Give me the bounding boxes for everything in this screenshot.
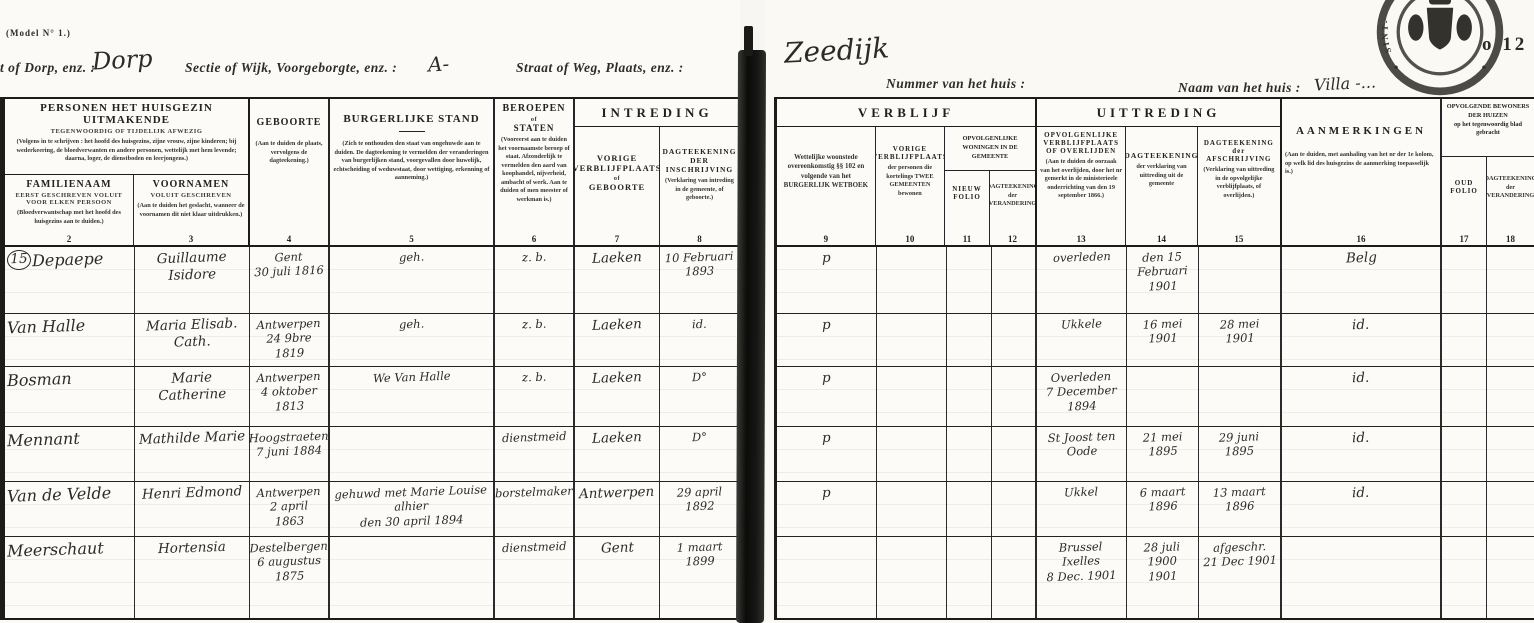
familienaam-title: FAMILIENAAM bbox=[26, 179, 111, 190]
beroepen-of: of bbox=[531, 116, 537, 123]
cell-voornamen: Marie Catherine bbox=[135, 367, 250, 426]
table-row-right: p overleden den 15 Februari 1901 Belg bbox=[777, 247, 1534, 314]
col-verandering-header: DAGTEEKENING der VERANDERING 12 bbox=[990, 171, 1035, 245]
col-number: 17 bbox=[1442, 234, 1486, 244]
cell-uittreding-plaats: Ukkel bbox=[1037, 482, 1127, 536]
cell-verandering2 bbox=[1487, 367, 1534, 426]
cell-nieuw-folio bbox=[947, 367, 992, 426]
cell-geboorte: Antwerpen 2 april 1863 bbox=[250, 482, 330, 536]
inschrijving-datum-value: D° bbox=[692, 430, 707, 445]
cell-inschrijving-datum: D° bbox=[660, 427, 739, 481]
familienaam-value: Van Halle bbox=[7, 316, 86, 339]
familienaam-value: Van de Velde bbox=[7, 483, 112, 507]
burgerlijke-stand-value: gehuwd met Marie Louise alhier den 30 ap… bbox=[335, 482, 489, 530]
intreding-title: INTREDING bbox=[575, 99, 739, 127]
cell-verandering bbox=[992, 367, 1037, 426]
cell-familienaam: Van Halle bbox=[5, 314, 135, 366]
aanmerkingen-value: id. bbox=[1352, 317, 1370, 334]
cell-inschrijving-datum: 1 maart 1899 bbox=[660, 537, 739, 618]
cell-vorige-verblijf bbox=[877, 247, 947, 313]
cell-nieuw-folio bbox=[947, 427, 992, 481]
burgerlijke-stand-title: BURGERLIJKE STAND bbox=[343, 113, 479, 125]
geboorte-value: Antwerpen 2 april 1863 bbox=[256, 484, 322, 529]
cell-geboorte: Gent 30 juli 1816 bbox=[250, 247, 330, 313]
cell-oud-folio bbox=[1442, 247, 1487, 313]
cell-woonstede: p bbox=[777, 427, 877, 481]
uittreding-verklaring-value: 16 mei 1901 bbox=[1142, 316, 1183, 346]
vorige-title: VORIGE VERBLIJFPLAATS bbox=[575, 153, 660, 173]
cell-uittreding-plaats: St Joost ten Oode bbox=[1037, 427, 1127, 481]
beroep-value: dienstmeid bbox=[502, 539, 567, 556]
nieuw-folio-title: NIEUW FOLIO bbox=[948, 185, 986, 201]
cell-oud-folio bbox=[1442, 314, 1487, 366]
voornamen-value: Marie Catherine bbox=[136, 368, 247, 406]
left-table-body: 15 Depaepe Guillaume Isidore Gent 30 jul… bbox=[5, 247, 740, 618]
cell-uittreding-verklaring: 28 juli 1900 1901 bbox=[1127, 537, 1199, 618]
cell-inschrijving-datum: id. bbox=[660, 314, 739, 366]
uittreding-afschrijving-value: afgeschr. 21 Dec 1901 bbox=[1202, 539, 1277, 570]
cell-vorige-verblijfplaats: Laeken bbox=[575, 367, 660, 426]
cell-vorige-verblijf bbox=[877, 427, 947, 481]
aanmerkingen-value: Belg bbox=[1345, 249, 1376, 267]
cell-uittreding-plaats: overleden bbox=[1037, 247, 1127, 313]
cell-uittreding-plaats: Brussel Ixelles 8 Dec. 1901 bbox=[1037, 537, 1127, 618]
col-verandering2-header: DAGTEEKENING der VERANDERING 18 bbox=[1487, 157, 1534, 245]
col-opvolgende-verblijfplaats-header: OPVOLGENLIJKE VERBLIJFPLAATS OF OVERLIJD… bbox=[1037, 127, 1126, 245]
col-voornamen-header: VOORNAMEN VOLUIT GESCHREVEN (Aan te duid… bbox=[134, 175, 248, 245]
familienaam-note: (Bloedverwantschap met het hoofd des hui… bbox=[8, 209, 130, 226]
cell-uittreding-afschrijving bbox=[1199, 367, 1282, 426]
group-opvolgende-bewoners: OPVOLGENDE BEWONERS DER HUIZEN op het te… bbox=[1442, 99, 1534, 245]
right-table: VERBLIJF Wettelijke woonstede overeenkom… bbox=[774, 97, 1534, 620]
uittreding-title: UITTREDING bbox=[1037, 99, 1280, 127]
inschrijving-datum-value: 10 Februari 1893 bbox=[665, 249, 735, 280]
col-number: 7 bbox=[575, 234, 659, 244]
cell-vorige-verblijf bbox=[877, 482, 947, 536]
aanmerkingen-value: id. bbox=[1352, 430, 1370, 447]
table-row-right: p Overleden 7 December 1894 id. bbox=[777, 367, 1534, 427]
cell-uittreding-verklaring bbox=[1127, 367, 1199, 426]
left-table: PERSONEN HET HUISGEZIN UITMAKENDE TEGENW… bbox=[0, 97, 742, 620]
cell-woonstede: p bbox=[777, 247, 877, 313]
uittreding-verklaring-value: 21 mei 1895 bbox=[1142, 429, 1183, 459]
table-row-right: Brussel Ixelles 8 Dec. 1901 28 juli 1900… bbox=[777, 537, 1534, 618]
col-number: 5 bbox=[330, 234, 493, 244]
aanmerkingen-note: (Aan te duiden, met aanhaling van het nr… bbox=[1285, 151, 1437, 177]
cell-aanmerkingen: id. bbox=[1282, 427, 1442, 481]
cell-voornamen: Guillaume Isidore bbox=[135, 247, 250, 313]
cell-uittreding-verklaring: 16 mei 1901 bbox=[1127, 314, 1199, 366]
col-inschrijving-header: DAGTEEKENING DER INSCHRIJVING (Verklarin… bbox=[660, 127, 739, 245]
cell-burgerlijke-stand: We Van Halle bbox=[330, 367, 495, 426]
col-geboorte-header: GEBOORTE (Aan te duiden de plaats, vervo… bbox=[250, 99, 330, 245]
vorige-of: of bbox=[614, 175, 620, 182]
uittreding-afschrijving-value: 13 maart 1896 bbox=[1212, 484, 1266, 515]
cell-verandering2 bbox=[1487, 314, 1534, 366]
beroepen-title: BEROEPEN bbox=[502, 103, 565, 114]
cell-inschrijving-datum: 29 april 1892 bbox=[660, 482, 739, 536]
verandering-title: DAGTEEKENING der VERANDERING bbox=[990, 183, 1035, 209]
cell-nieuw-folio bbox=[947, 247, 992, 313]
geboorte-value: Destelbergen 6 augustus 1875 bbox=[250, 539, 329, 585]
table-row-right: p St Joost ten Oode 21 mei 1895 29 juni … bbox=[777, 427, 1534, 482]
cell-nieuw-folio bbox=[947, 314, 992, 366]
table-row-left: Van Halle Maria Elisab. Cath. Antwerpen … bbox=[5, 314, 740, 367]
uittreding-plaats-value: Ukkele bbox=[1061, 316, 1102, 332]
cell-familienaam: Bosman bbox=[5, 367, 135, 426]
cell-beroep: z. b. bbox=[495, 314, 575, 366]
oud-folio-title: OUD FOLIO bbox=[1445, 179, 1483, 195]
cell-uittreding-afschrijving: 28 mei 1901 bbox=[1199, 314, 1282, 366]
cell-geboorte: Destelbergen 6 augustus 1875 bbox=[250, 537, 330, 618]
col-number: 4 bbox=[250, 234, 328, 244]
col-number: 8 bbox=[660, 234, 739, 244]
opv-verblijfplaats-title: OPVOLGENLIJKE VERBLIJFPLAATS OF OVERLIJD… bbox=[1040, 131, 1122, 155]
afschrijving-note: (Verklaring van uittreding in de opvolge… bbox=[1201, 166, 1277, 200]
dorp-label: t of Dorp, enz. : bbox=[0, 60, 96, 76]
woonstede-mark: p bbox=[822, 370, 831, 387]
cell-familienaam: Van de Velde bbox=[5, 482, 135, 536]
cell-geboorte: Antwerpen 4 oktober 1813 bbox=[250, 367, 330, 426]
woonstede-mark: p bbox=[822, 317, 831, 334]
cell-oud-folio bbox=[1442, 427, 1487, 481]
col-number: 12 bbox=[990, 234, 1035, 244]
right-table-header: VERBLIJF Wettelijke woonstede overeenkom… bbox=[777, 99, 1534, 247]
col-number: 6 bbox=[495, 234, 573, 244]
cell-verandering2 bbox=[1487, 247, 1534, 313]
geboorte-value: Hoogstraeten 7 juni 1884 bbox=[250, 429, 329, 461]
straat-label: Straat of Weg, Plaats, enz. : bbox=[516, 60, 684, 76]
cell-beroep: z. b. bbox=[495, 247, 575, 313]
col-number: 2 bbox=[5, 234, 133, 244]
right-table-body: p overleden den 15 Februari 1901 Belg p … bbox=[777, 247, 1534, 618]
cell-vorige-verblijfplaats: Gent bbox=[575, 537, 660, 618]
cell-inschrijving-datum: D° bbox=[660, 367, 739, 426]
cell-verandering2 bbox=[1487, 427, 1534, 481]
uittreding-plaats-value: St Joost ten Oode bbox=[1047, 429, 1116, 460]
nummer-label: Nummer van het huis : bbox=[886, 76, 1026, 92]
group-personen: PERSONEN HET HUISGEZIN UITMAKENDE TEGENW… bbox=[5, 99, 250, 245]
col-number: 3 bbox=[134, 234, 248, 244]
voornamen-value: Henri Edmond bbox=[142, 483, 243, 503]
cell-uittreding-afschrijving bbox=[1199, 247, 1282, 313]
cell-familienaam: 15 Depaepe bbox=[5, 247, 135, 313]
household-number: 15 bbox=[7, 250, 32, 271]
cell-familienaam: Meerschaut bbox=[5, 537, 135, 618]
cell-burgerlijke-stand: geh. bbox=[330, 314, 495, 366]
vorige-verblijfplaats-value: Antwerpen bbox=[579, 484, 655, 503]
inschrijving-datum-value: id. bbox=[692, 317, 707, 332]
familienaam-value: Meerschaut bbox=[7, 538, 104, 561]
voornamen-value: Hortensia bbox=[158, 539, 226, 558]
sectie-value: A- bbox=[427, 51, 449, 76]
woonstede-mark: p bbox=[822, 430, 831, 447]
inschrijving-datum-value: D° bbox=[692, 370, 707, 385]
col-number: 14 bbox=[1126, 234, 1196, 244]
aanmerkingen-value: id. bbox=[1352, 370, 1370, 387]
register-scan: (Model N° 1.) t of Dorp, enz. : Dorp Sec… bbox=[0, 0, 1534, 623]
col-number: 18 bbox=[1487, 234, 1534, 244]
straat-value: Zeedijk bbox=[783, 31, 890, 69]
cell-oud-folio bbox=[1442, 537, 1487, 618]
familienaam-value: Mennant bbox=[7, 429, 80, 452]
beroep-value: dienstmeid bbox=[502, 429, 567, 446]
voornamen-value: Maria Elisab. Cath. bbox=[136, 315, 247, 353]
uittreding-verklaring-value: 6 maart 1896 bbox=[1139, 484, 1186, 514]
col-oud-folio-header: OUD FOLIO 17 bbox=[1442, 157, 1487, 245]
col-beroepen-header: BEROEPEN of STATEN (Vooreerst aan te dui… bbox=[495, 99, 575, 245]
col-verklaring-uittreding-header: DAGTEEKENING der verklaring van uittredi… bbox=[1126, 127, 1197, 245]
beroep-value: borstelmaker bbox=[495, 484, 573, 501]
voornamen-value: Guillaume Isidore bbox=[136, 248, 247, 286]
cell-aanmerkingen bbox=[1282, 537, 1442, 618]
cell-voornamen: Hortensia bbox=[135, 537, 250, 618]
vorige-verblijf-title: VORIGE VERBLIJFPLAATS bbox=[876, 145, 945, 161]
cell-woonstede bbox=[777, 537, 877, 618]
uittreding-plaats-value: Brussel Ixelles 8 Dec. 1901 bbox=[1046, 539, 1117, 585]
beroep-value: z. b. bbox=[522, 317, 547, 332]
cell-voornamen: Henri Edmond bbox=[135, 482, 250, 536]
familienaam-value: Depaepe bbox=[32, 249, 104, 271]
group-intreding: INTREDING VORIGE VERBLIJFPLAATS of GEBOO… bbox=[575, 99, 739, 245]
cell-beroep: dienstmeid bbox=[495, 427, 575, 481]
col-number: 16 bbox=[1282, 234, 1440, 244]
cell-vorige-verblijfplaats: Laeken bbox=[575, 314, 660, 366]
cell-vorige-verblijfplaats: Laeken bbox=[575, 427, 660, 481]
bewoners-note: op het tegenwoordig blad gebracht bbox=[1444, 121, 1532, 139]
voornamen-title: VOORNAMEN bbox=[153, 179, 230, 190]
beroepen-title2: STATEN bbox=[514, 123, 555, 133]
cell-vorige-verblijfplaats: Antwerpen bbox=[575, 482, 660, 536]
cell-verandering bbox=[992, 247, 1037, 313]
book-binding-mark bbox=[744, 26, 753, 56]
cell-oud-folio bbox=[1442, 482, 1487, 536]
cell-vorige-verblijf bbox=[877, 537, 947, 618]
cell-verandering bbox=[992, 427, 1037, 481]
afschrijving-title: DAGTEEKENING der AFSCHRIJVING bbox=[1201, 139, 1277, 163]
verklaring-title: DAGTEEKENING bbox=[1126, 151, 1197, 160]
beroepen-note: (Vooreerst aan te duiden het voornaamste… bbox=[498, 136, 570, 204]
cell-geboorte: Hoogstraeten 7 juni 1884 bbox=[250, 427, 330, 481]
col-number: 11 bbox=[945, 234, 989, 244]
cell-woonstede: p bbox=[777, 314, 877, 366]
col-familienaam-header: FAMILIENAAM EERST GESCHREVEN VOLUIT VOOR… bbox=[5, 175, 134, 245]
uittreding-afschrijving-value: 29 juni 1895 bbox=[1219, 429, 1260, 459]
uittreding-plaats-value: overleden bbox=[1052, 249, 1110, 265]
col-number: 10 bbox=[876, 234, 944, 244]
burgerlijke-stand-value: geh. bbox=[399, 317, 425, 332]
cell-verandering2 bbox=[1487, 537, 1534, 618]
vorige-verblijfplaats-value: Laeken bbox=[592, 249, 642, 268]
table-row-left: Meerschaut Hortensia Destelbergen 6 augu… bbox=[5, 537, 740, 618]
cell-uittreding-verklaring: den 15 Februari 1901 bbox=[1127, 247, 1199, 313]
cell-burgerlijke-stand bbox=[330, 427, 495, 481]
cell-oud-folio bbox=[1442, 367, 1487, 426]
woonstede-mark: p bbox=[822, 250, 831, 267]
cell-nieuw-folio bbox=[947, 482, 992, 536]
vorige-verblijfplaats-value: Gent bbox=[600, 539, 633, 557]
col-number: 15 bbox=[1198, 234, 1280, 244]
table-row-left: 15 Depaepe Guillaume Isidore Gent 30 jul… bbox=[5, 247, 740, 314]
naam-value: Villa -... bbox=[1314, 72, 1377, 94]
municipal-seal-stamp: SINT- bbox=[1374, 0, 1506, 98]
cell-aanmerkingen: id. bbox=[1282, 482, 1442, 536]
familienaam-value: Bosman bbox=[7, 369, 72, 391]
table-row-left: Mennant Mathilde Marie Hoogstraeten 7 ju… bbox=[5, 427, 740, 482]
aanmerkingen-title: AANMERKINGEN bbox=[1296, 125, 1426, 137]
dorp-value: Dorp bbox=[91, 44, 153, 75]
cell-voornamen: Maria Elisab. Cath. bbox=[135, 314, 250, 366]
group-personen-note: (Volgens in te schrijven : het hoofd des… bbox=[9, 138, 244, 164]
cell-uittreding-verklaring: 6 maart 1896 bbox=[1127, 482, 1199, 536]
cell-beroep: dienstmeid bbox=[495, 537, 575, 618]
table-row-right: p Ukkele 16 mei 1901 28 mei 1901 id. bbox=[777, 314, 1534, 367]
col-aanmerkingen-header: AANMERKINGEN (Aan te duiden, met aanhali… bbox=[1282, 99, 1442, 245]
cell-burgerlijke-stand bbox=[330, 537, 495, 618]
group-verblijf: VERBLIJF Wettelijke woonstede overeenkom… bbox=[777, 99, 1037, 245]
book-binding bbox=[736, 50, 766, 623]
cell-beroep: z. b. bbox=[495, 367, 575, 426]
geboorte-value: Antwerpen 4 oktober 1813 bbox=[251, 369, 326, 415]
group-personen-subtitle: TEGENWOORDIG OF TIJDELIJK AFWEZIG bbox=[9, 128, 244, 135]
uittreding-verklaring-value: den 15 Februari 1901 bbox=[1128, 249, 1196, 294]
burgerlijke-stand-value: geh. bbox=[399, 250, 425, 265]
cell-burgerlijke-stand: gehuwd met Marie Louise alhier den 30 ap… bbox=[330, 482, 495, 536]
left-table-header: PERSONEN HET HUISGEZIN UITMAKENDE TEGENW… bbox=[5, 99, 740, 247]
cell-uittreding-afschrijving: 13 maart 1896 bbox=[1199, 482, 1282, 536]
cell-burgerlijke-stand: geh. bbox=[330, 247, 495, 313]
vorige-verblijf-note: der personen die kortelings TWEE GEMEENT… bbox=[879, 164, 941, 198]
geboorte-note: (Aan te duiden de plaats, vervolgens de … bbox=[253, 140, 325, 166]
inschrijving-datum-value: 29 april 1892 bbox=[676, 484, 722, 514]
vorige-verblijfplaats-value: Laeken bbox=[592, 429, 642, 448]
aanmerkingen-value: id. bbox=[1352, 485, 1370, 502]
cell-inschrijving-datum: 10 Februari 1893 bbox=[660, 247, 739, 313]
cell-uittreding-verklaring: 21 mei 1895 bbox=[1127, 427, 1199, 481]
geboorte-value: Gent 30 juli 1816 bbox=[254, 249, 325, 280]
woonstede-note: Wettelijke woonstede overeenkomstig §§ 1… bbox=[780, 153, 872, 191]
uittreding-afschrijving-value: 28 mei 1901 bbox=[1219, 316, 1260, 346]
cell-familienaam: Mennant bbox=[5, 427, 135, 481]
inschrijving-note: (Verklaring van intreding in de gemeente… bbox=[663, 177, 736, 203]
familienaam-sub: EERST GESCHREVEN VOLUIT VOOR ELKEN PERSO… bbox=[8, 192, 130, 206]
col-number: 9 bbox=[777, 234, 875, 244]
cell-uittreding-afschrijving: afgeschr. 21 Dec 1901 bbox=[1199, 537, 1282, 618]
inschrijving-datum-value: 1 maart 1899 bbox=[676, 539, 723, 569]
inschrijving-title: DAGTEEKENING DER INSCHRIJVING bbox=[662, 147, 736, 174]
woonstede-mark: p bbox=[822, 485, 831, 502]
uittreding-verklaring-value: 28 juli 1900 1901 bbox=[1143, 539, 1181, 583]
vorige-title2: GEBOORTE bbox=[589, 182, 645, 192]
cell-aanmerkingen: Belg bbox=[1282, 247, 1442, 313]
verklaring-note: der verklaring van uittreding uit de gem… bbox=[1129, 163, 1193, 189]
voornamen-value: Mathilde Marie bbox=[139, 428, 246, 449]
cell-verandering bbox=[992, 537, 1037, 618]
group-uittreding: UITTREDING OPVOLGENLIJKE VERBLIJFPLAATS … bbox=[1037, 99, 1282, 245]
cell-uittreding-afschrijving: 29 juni 1895 bbox=[1199, 427, 1282, 481]
group-personen-title: PERSONEN HET HUISGEZIN UITMAKENDE bbox=[9, 102, 244, 126]
beroep-value: z. b. bbox=[522, 370, 547, 385]
col-vorige-verblijfplaats-header: VORIGE VERBLIJFPLAATS of GEBOORTE 7 bbox=[575, 127, 660, 245]
vorige-verblijfplaats-value: Laeken bbox=[592, 369, 642, 388]
cell-beroep: borstelmaker bbox=[495, 482, 575, 536]
uittreding-plaats-value: Ukkel bbox=[1064, 484, 1099, 500]
cell-vorige-verblijf bbox=[877, 367, 947, 426]
group-woningen-title: OPVOLGENLIJKE WONINGEN IN DE GEMEENTE bbox=[945, 127, 1035, 171]
cell-woonstede: p bbox=[777, 482, 877, 536]
col-woonstede-header: Wettelijke woonstede overeenkomstig §§ 1… bbox=[777, 127, 876, 245]
burgerlijke-stand-value: We Van Halle bbox=[372, 369, 450, 386]
voornamen-note: (Aan te duiden het geslacht, wanneer de … bbox=[137, 202, 245, 219]
table-row-left: Bosman Marie Catherine Antwerpen 4 oktob… bbox=[5, 367, 740, 427]
bewoners-title: OPVOLGENDE BEWONERS DER HUIZEN bbox=[1444, 103, 1532, 121]
vorige-verblijfplaats-value: Laeken bbox=[592, 316, 642, 335]
cell-geboorte: Antwerpen 24 9bre 1819 bbox=[250, 314, 330, 366]
table-row-right: p Ukkel 6 maart 1896 13 maart 1896 id. bbox=[777, 482, 1534, 537]
cell-vorige-verblijf bbox=[877, 314, 947, 366]
cell-voornamen: Mathilde Marie bbox=[135, 427, 250, 481]
cell-nieuw-folio bbox=[947, 537, 992, 618]
col-nieuw-folio-header: NIEUW FOLIO 11 bbox=[945, 171, 990, 245]
table-row-left: Van de Velde Henri Edmond Antwerpen 2 ap… bbox=[5, 482, 740, 537]
naam-label: Naam van het huis : bbox=[1178, 80, 1301, 96]
page-right: Zeedijk Nummer van het huis : Naam van h… bbox=[766, 0, 1534, 623]
geboorte-title: GEBOORTE bbox=[257, 117, 322, 128]
cell-uittreding-plaats: Overleden 7 December 1894 bbox=[1037, 367, 1127, 426]
verblijf-title: VERBLIJF bbox=[777, 99, 1035, 127]
cell-aanmerkingen: id. bbox=[1282, 314, 1442, 366]
uittreding-plaats-value: Overleden 7 December 1894 bbox=[1045, 369, 1117, 415]
cell-aanmerkingen: id. bbox=[1282, 367, 1442, 426]
beroep-value: z. b. bbox=[522, 250, 547, 265]
col-number: 13 bbox=[1037, 234, 1125, 244]
verandering2-title: DAGTEEKENING der VERANDERING bbox=[1487, 175, 1534, 201]
col-vorige-verblijf-header: VORIGE VERBLIJFPLAATS der personen die k… bbox=[876, 127, 945, 245]
cell-verandering bbox=[992, 314, 1037, 366]
cell-uittreding-plaats: Ukkele bbox=[1037, 314, 1127, 366]
col-burgerlijke-stand-header: BURGERLIJKE STAND (Zich te onthouden den… bbox=[330, 99, 495, 245]
cell-woonstede: p bbox=[777, 367, 877, 426]
cell-verandering bbox=[992, 482, 1037, 536]
col-afschrijving-header: DAGTEEKENING der AFSCHRIJVING (Verklarin… bbox=[1198, 127, 1280, 245]
page-left: (Model N° 1.) t of Dorp, enz. : Dorp Sec… bbox=[0, 0, 740, 623]
cell-vorige-verblijfplaats: Laeken bbox=[575, 247, 660, 313]
opv-verblijfplaats-note: (Aan te duiden de oorzaak van het overli… bbox=[1040, 158, 1122, 201]
sectie-label: Sectie of Wijk, Voorgeborgte, enz. : bbox=[185, 60, 397, 76]
voornamen-sub: VOLUIT GESCHREVEN bbox=[150, 192, 231, 199]
model-label: (Model N° 1.) bbox=[6, 28, 71, 38]
cell-verandering2 bbox=[1487, 482, 1534, 536]
burgerlijke-stand-note: (Zich te onthouden den staat van ongehuw… bbox=[333, 140, 490, 183]
geboorte-value: Antwerpen 24 9bre 1819 bbox=[251, 316, 326, 362]
